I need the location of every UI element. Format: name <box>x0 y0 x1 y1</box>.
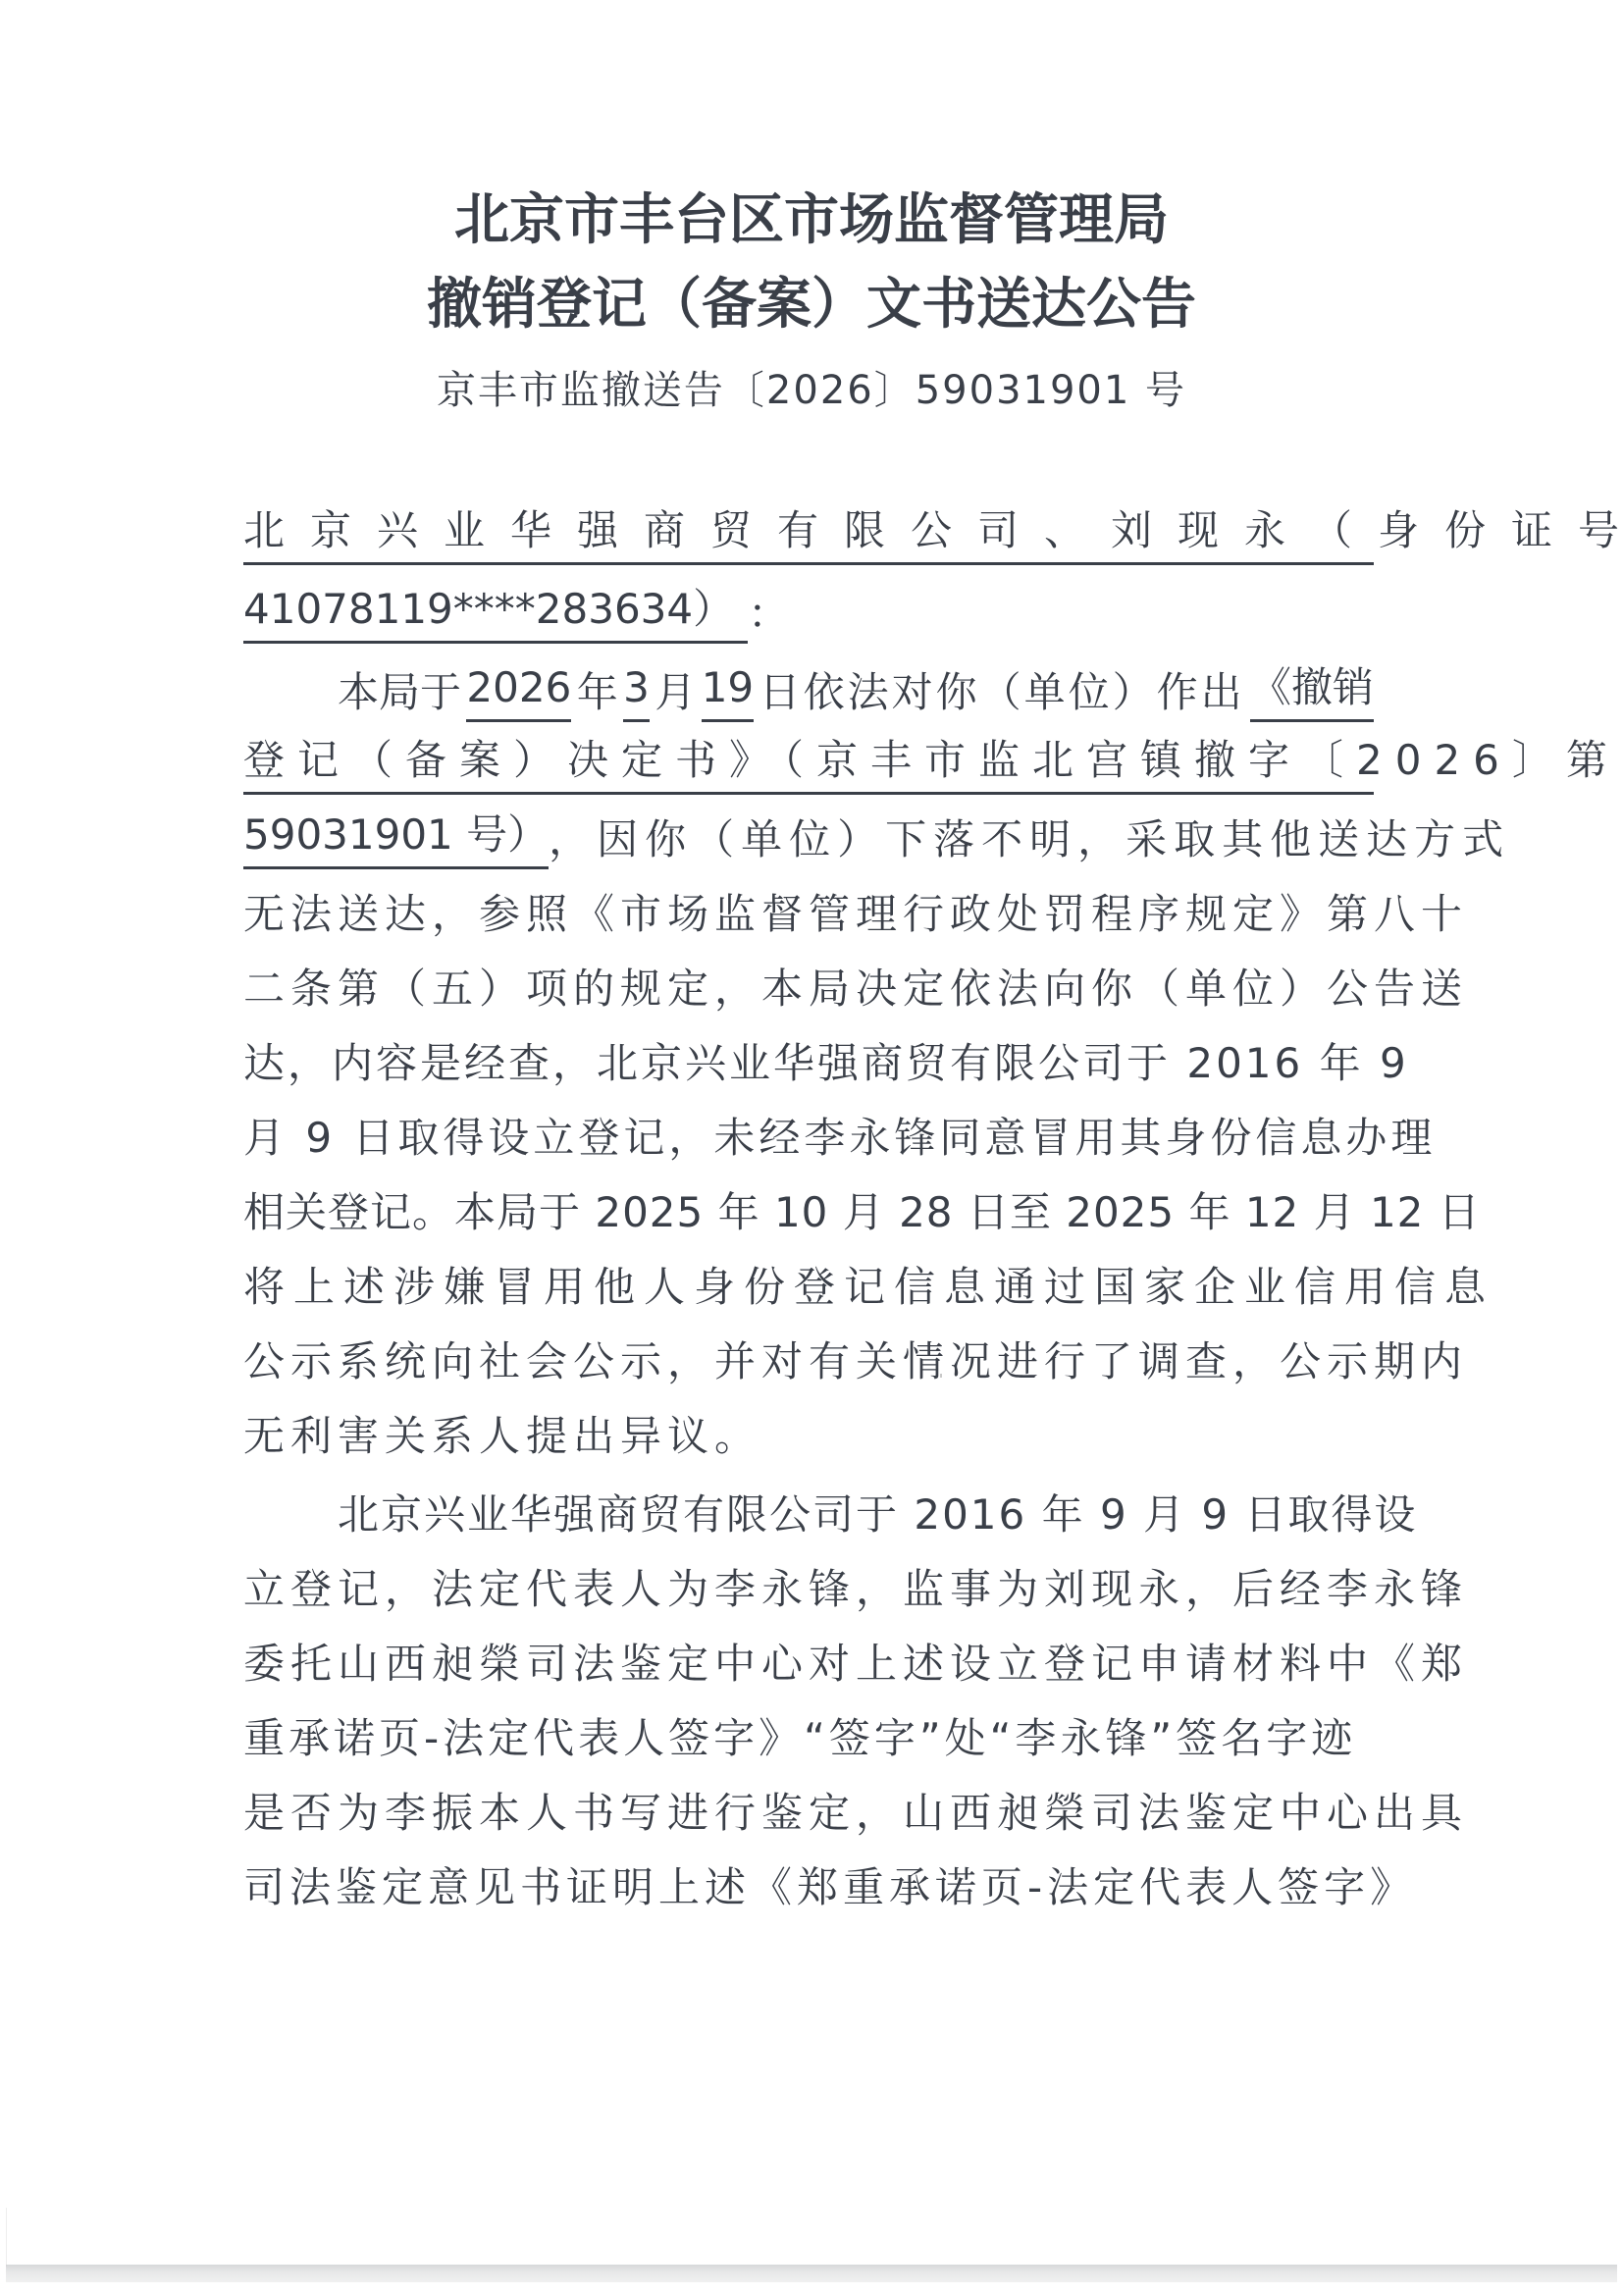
year-unit: 年 <box>577 663 618 722</box>
p1-line-10: 公示系统向社会公示，并对有关情况进行了调查，公示期内 <box>243 1332 1374 1391</box>
p1-line-1: 本局于 2026 年 3 月 19 日依法对你（单位）作出 《撤销 <box>338 663 1374 722</box>
decision-title-start: 《撤销 <box>1250 658 1374 722</box>
p1-line-5: 二条第（五）项的规定，本局决定依法向你（单位）公告送 <box>243 960 1374 1018</box>
p1-l1-mid: 日依法对你（单位）作出 <box>759 663 1245 722</box>
issuer-title: 北京市丰台区市场监督管理局 <box>0 192 1623 247</box>
scanned-document-page: 北京市丰台区市场监督管理局 撤销登记（备案）文书送达公告 京丰市监撤送告〔202… <box>0 0 1623 2296</box>
p2-l6: 司法鉴定意见书证明上述《郑重承诺页-法定代表人签字》 <box>243 1858 1416 1917</box>
p1-line-8: 相关登记。本局于 2025 年 10 月 28 日至 2025 年 12 月 1… <box>243 1183 1374 1242</box>
p1-line-11: 无利害关系人提出异议。 <box>243 1407 1374 1466</box>
p2-l1: 北京兴业华强商贸有限公司于 2016 年 9 月 9 日取得设 <box>338 1486 1417 1544</box>
p2-line-2: 立登记，法定代表人为李永锋，监事为刘现永，后经李永锋 <box>243 1560 1374 1619</box>
p1-line-7: 月 9 日取得设立登记，未经李永锋同意冒用其身份信息办理 <box>243 1109 1374 1168</box>
p2-line-5: 是否为李振本人书写进行鉴定，山西昶榮司法鉴定中心出具 <box>243 1784 1374 1843</box>
scan-edge <box>6 2208 7 2267</box>
p2-line-3: 委托山西昶榮司法鉴定中心对上述设立登记申请材料中《郑 <box>243 1635 1374 1694</box>
p1-line-4: 无法送达，参照《市场监督管理行政处罚程序规定》第八十 <box>243 885 1374 944</box>
p2-line-4: 重承诺页-法定代表人签字》“签字”处“李永锋”签名字迹 <box>243 1709 1374 1768</box>
addressee-colon: ： <box>748 585 789 644</box>
addressee-name: 北京兴业华强商贸有限公司、刘现永（身份证号： <box>243 501 1374 565</box>
decision-reference: 登记（备案）决定书》（京丰市监北宫镇撤字〔2026〕第 <box>243 731 1374 795</box>
p1-line-9: 将上述涉嫌冒用他人身份登记信息通过国家企业信用信息 <box>243 1258 1374 1317</box>
p2-line-1: 北京兴业华强商贸有限公司于 2016 年 9 月 9 日取得设 <box>338 1486 1374 1544</box>
p1-l4: 无法送达，参照《市场监督管理行政处罚程序规定》第八十 <box>243 885 1468 944</box>
p1-l6: 达，内容是经查，北京兴业华强商贸有限公司于 2016 年 9 <box>243 1034 1409 1093</box>
decision-number: 59031901 号） <box>243 806 549 869</box>
p1-l3-rest: ，因你（单位）下落不明，采取其他送达方式 <box>549 810 1510 869</box>
p1-l5: 二条第（五）项的规定，本局决定依法向你（单位）公告送 <box>243 960 1468 1018</box>
notice-title: 撤销登记（备案）文书送达公告 <box>0 277 1623 332</box>
p2-l4: 重承诺页-法定代表人签字》“签字”处“李永锋”签名字迹 <box>243 1709 1356 1768</box>
addressee-line-1: 北京兴业华强商贸有限公司、刘现永（身份证号： <box>243 506 1374 565</box>
p1-line-3: 59031901 号） ，因你（单位）下落不明，采取其他送达方式 <box>243 810 1374 869</box>
p2-line-6: 司法鉴定意见书证明上述《郑重承诺页-法定代表人签字》 <box>243 1858 1374 1917</box>
addressee-line-2: 41078119****283634） ： <box>243 585 1374 644</box>
scan-speck <box>940 1374 942 1378</box>
addressee-text: 北京兴业华强商贸有限公司、刘现永（身份证号： <box>243 501 1623 560</box>
p2-l3: 委托山西昶榮司法鉴定中心对上述设立登记申请材料中《郑 <box>243 1635 1468 1694</box>
month-unit: 月 <box>654 663 696 722</box>
p2-l5: 是否为李振本人书写进行鉴定，山西昶榮司法鉴定中心出具 <box>243 1784 1468 1843</box>
decision-year: 2026 <box>466 658 571 722</box>
decision-month: 3 <box>623 658 650 722</box>
decision-day: 19 <box>702 658 754 722</box>
p1-line-6: 达，内容是经查，北京兴业华强商贸有限公司于 2016 年 9 <box>243 1034 1374 1093</box>
p1-l11: 无利害关系人提出异议。 <box>243 1407 761 1466</box>
scan-bottom-band <box>6 2265 1617 2282</box>
addressee-id-number: 41078119****283634） <box>243 580 748 644</box>
p1-l1-prefix: 本局于 <box>338 663 461 722</box>
p1-l7: 月 9 日取得设立登记，未经李永锋同意冒用其身份信息办理 <box>243 1109 1436 1168</box>
p1-l9: 将上述涉嫌冒用他人身份登记信息通过国家企业信用信息 <box>243 1258 1494 1317</box>
p1-l8: 相关登记。本局于 2025 年 10 月 28 日至 2025 年 12 月 1… <box>243 1183 1481 1242</box>
p2-l2: 立登记，法定代表人为李永锋，监事为刘现永，后经李永锋 <box>243 1560 1468 1619</box>
p1-line-2: 登记（备案）决定书》（京丰市监北宫镇撤字〔2026〕第 <box>243 736 1374 795</box>
document-number: 京丰市监撤送告〔2026〕59031901 号 <box>0 371 1623 410</box>
p1-l10: 公示系统向社会公示，并对有关情况进行了调查，公示期内 <box>243 1332 1468 1391</box>
